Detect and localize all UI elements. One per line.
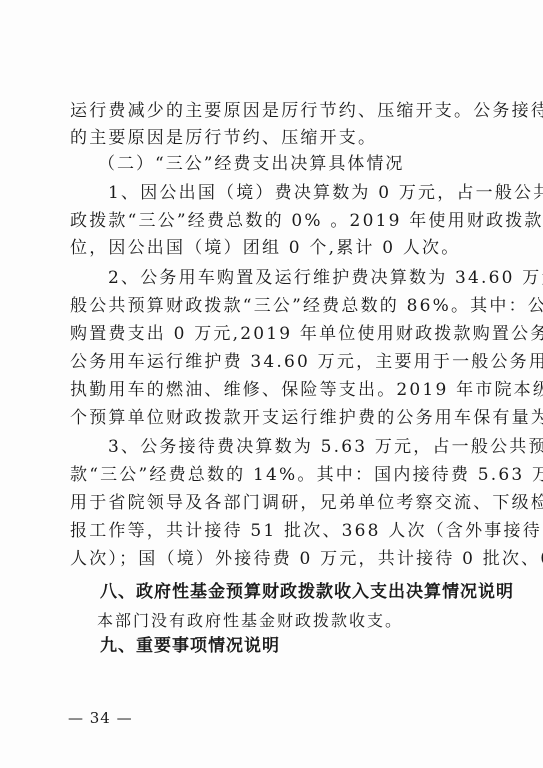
page-number: — 34 — — [68, 709, 133, 727]
body-text-line: 运行费减少的主要原因是厉行节约、压缩开支。公务接待费减少 — [70, 101, 478, 121]
item2-line: 购置费支出 0 万元,2019 年单位使用财政拨款购置公务用车 0 辆； — [70, 324, 478, 344]
item2-line: 般公共预算财政拨款“三公”经费总数的 86%。其中：公务用车 — [70, 296, 478, 316]
section8-heading: 八、政府性基金预算财政拨款收入支出决算情况说明 — [100, 582, 514, 602]
section9-heading: 九、重要事项情况说明 — [100, 636, 280, 656]
section8-body: 本部门没有政府性基金财政拨款收支。 — [97, 611, 403, 631]
body-text-line: 的主要原因是厉行节约、压缩开支。 — [70, 128, 478, 148]
item2-line: 2、公务用车购置及运行维护费决算数为 34.60 万元，占一 — [108, 268, 478, 288]
subsection-heading: （二）“三公”经费支出决算具体情况 — [98, 154, 404, 174]
item2-line: 执勤用车的燃油、维修、保险等支出。2019 年市院本级及所属两 — [70, 380, 478, 400]
document-page: 运行费减少的主要原因是厉行节约、压缩开支。公务接待费减少 的主要原因是厉行节约、… — [0, 0, 543, 768]
item3-line: 人次）；国（境）外接待费 0 万元，共计接待 0 批次、0 人次。 — [70, 549, 478, 569]
item3-line: 报工作等，共计接待 51 批次、368 人次（含外事接待 0 批次、0 — [70, 521, 478, 541]
item1-line: 政拨款“三公”经费总数的 0% 。2019 年使用财政拨款安排 0 单 — [70, 211, 478, 231]
item1-line: 1、因公出国（境）费决算数为 0 万元，占一般公共预算财 — [108, 183, 478, 203]
item3-line: 用于省院领导及各部门调研，兄弟单位考察交流、下级检察院汇 — [70, 493, 478, 513]
item1-line: 位，因公出国（境）团组 0 个,累计 0 人次。 — [70, 238, 478, 258]
item3-line: 3、公务接待费决算数为 5.63 万元，占一般公共预算财政拨 — [108, 437, 478, 457]
item2-line: 公务用车运行维护费 34.60 万元，主要用于一般公务用车、执法 — [70, 352, 478, 372]
item3-line: 款“三公”经费总数的 14%。其中：国内接待费 5.63 万元，主要 — [70, 465, 478, 485]
item2-line: 个预算单位财政拨款开支运行维护费的公务用车保有量为 17 辆。 — [70, 408, 478, 428]
